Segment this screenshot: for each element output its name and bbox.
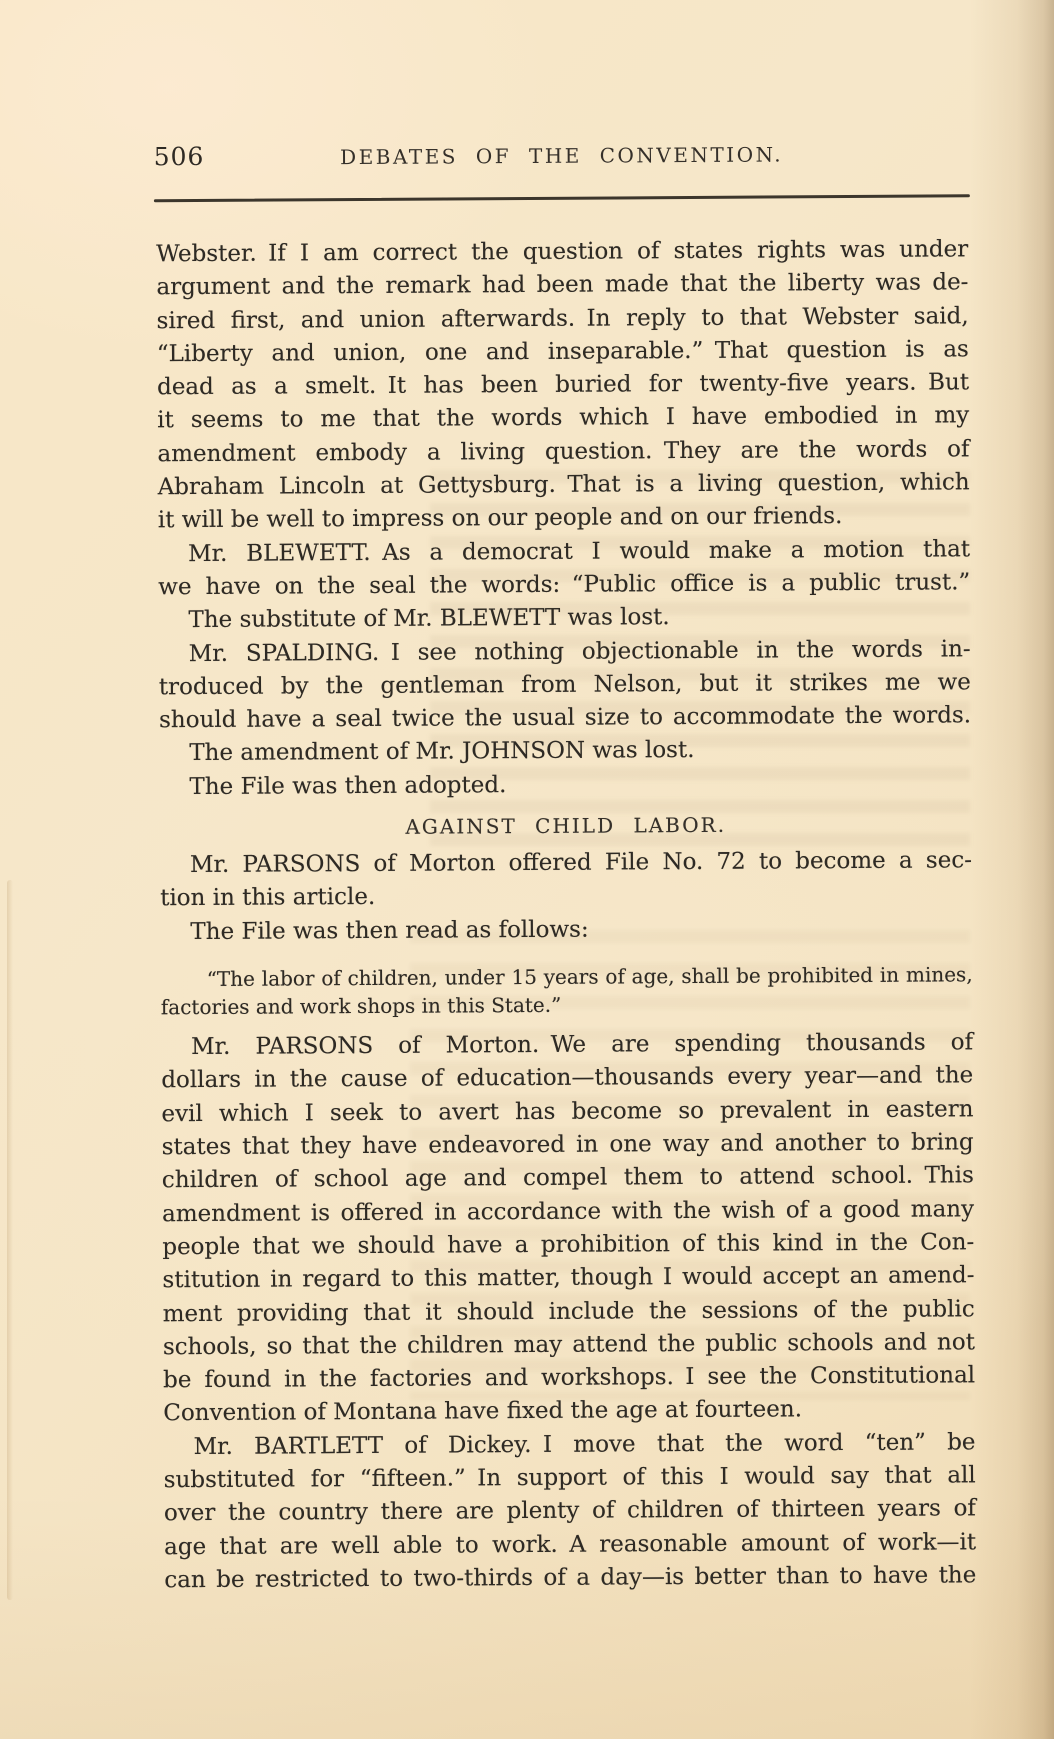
text-line: schools, so that the children may attend… [163,1326,975,1364]
text-line: should have a seal twice the usual size … [159,699,971,737]
text-line: states that they have endeavored in one … [162,1126,974,1164]
text-column: Webster. If I am correct the question of… [156,233,976,1597]
text-line: people that we should have a prohibition… [162,1226,974,1264]
text-line: over the country there are plenty of chi… [164,1493,976,1531]
paragraph: The substitute of Mr. BLEWETT was lost. [158,600,970,638]
text-line: Mr. PARSONS of Morton offered File No. 7… [160,844,972,882]
text-line: The File was then read as follows: [160,911,972,949]
page-content: 506 DEBATES OF THE CONVENTION. Webster. … [0,0,1054,1739]
text-line: troduced by the gentleman from Nelson, b… [159,666,971,704]
text-line: argument and the remark had been made th… [156,267,968,305]
scanned-book-page: 506 DEBATES OF THE CONVENTION. Webster. … [0,0,1054,1739]
text-line: age that are well able to work. A reason… [164,1526,976,1564]
section-heading: AGAINST CHILD LABOR. [160,809,972,842]
text-line: Webster. If I am correct the question of… [156,233,968,271]
text-line: dollars in the cause of education—thousa… [161,1060,973,1098]
text-line: we have on the seal the words: “Public o… [158,566,970,604]
text-line: dead as a smelt. It has been buried for … [157,366,969,404]
text-line: amendment embody a living question. They… [157,433,969,471]
text-line: can be restricted to two-thirds of a day… [164,1559,976,1597]
text-line: sired first, and union afterwards. In re… [157,300,969,338]
paragraph: The amendment of Mr. JOHNSON was lost. [159,733,971,771]
text-line: factories and work shops in this State.” [161,989,973,1022]
header-rule [154,194,970,202]
running-title: DEBATES OF THE CONVENTION. [156,141,968,170]
text-line: Convention of Montana have fixed the age… [163,1393,975,1431]
paragraph: Mr. PARSONS of Morton offered File No. 7… [160,844,972,916]
text-line: The File was then adopted. [159,766,971,804]
text-line: The substitute of Mr. BLEWETT was lost. [158,600,970,638]
text-line: amendment is offered in accordance with … [162,1193,974,1231]
text-line: ment providing that it should include th… [163,1293,975,1331]
text-line: The amendment of Mr. JOHNSON was lost. [159,733,971,771]
text-line: Abraham Lincoln at Gettysburg. That is a… [158,466,970,504]
paragraph: Mr. BARTLETT of Dickey. I move that the … [163,1426,976,1597]
text-line: tion in this article. [160,878,972,916]
paragraph: Mr. SPALDING. I see nothing objectionabl… [159,633,972,738]
paragraph: The File was then adopted. [159,766,971,804]
quoted-file-text: “The labor of children, under 15 years o… [161,961,973,1021]
text-line: stitution in regard to this matter, thou… [162,1259,974,1297]
paragraph: Mr. BLEWETT. As a democrat I would make … [158,533,970,605]
text-line: “The labor of children, under 15 years o… [161,961,973,994]
text-line: be found in the factories and workshops.… [163,1359,975,1397]
text-line: Mr. SPALDING. I see nothing objectionabl… [159,633,971,671]
text-line: substituted for “fifteen.” In support of… [164,1459,976,1497]
paragraph: Mr. PARSONS of Morton. We are spending t… [161,1026,975,1431]
paragraph: Webster. If I am correct the question of… [156,233,970,538]
text-line: Mr. BARTLETT of Dickey. I move that the … [163,1426,975,1464]
text-line: evil which I seek to avert has become so… [161,1093,973,1131]
text-line: children of school age and compel them t… [162,1160,974,1198]
paragraph: The File was then read as follows: [160,911,972,949]
text-line: it seems to me that the words which I ha… [157,400,969,438]
text-line: Mr. PARSONS of Morton. We are spending t… [161,1026,973,1064]
text-line: “Liberty and union, one and inseparable.… [157,333,969,371]
text-line: it will be well to impress on our people… [158,500,970,538]
text-line: Mr. BLEWETT. As a democrat I would make … [158,533,970,571]
